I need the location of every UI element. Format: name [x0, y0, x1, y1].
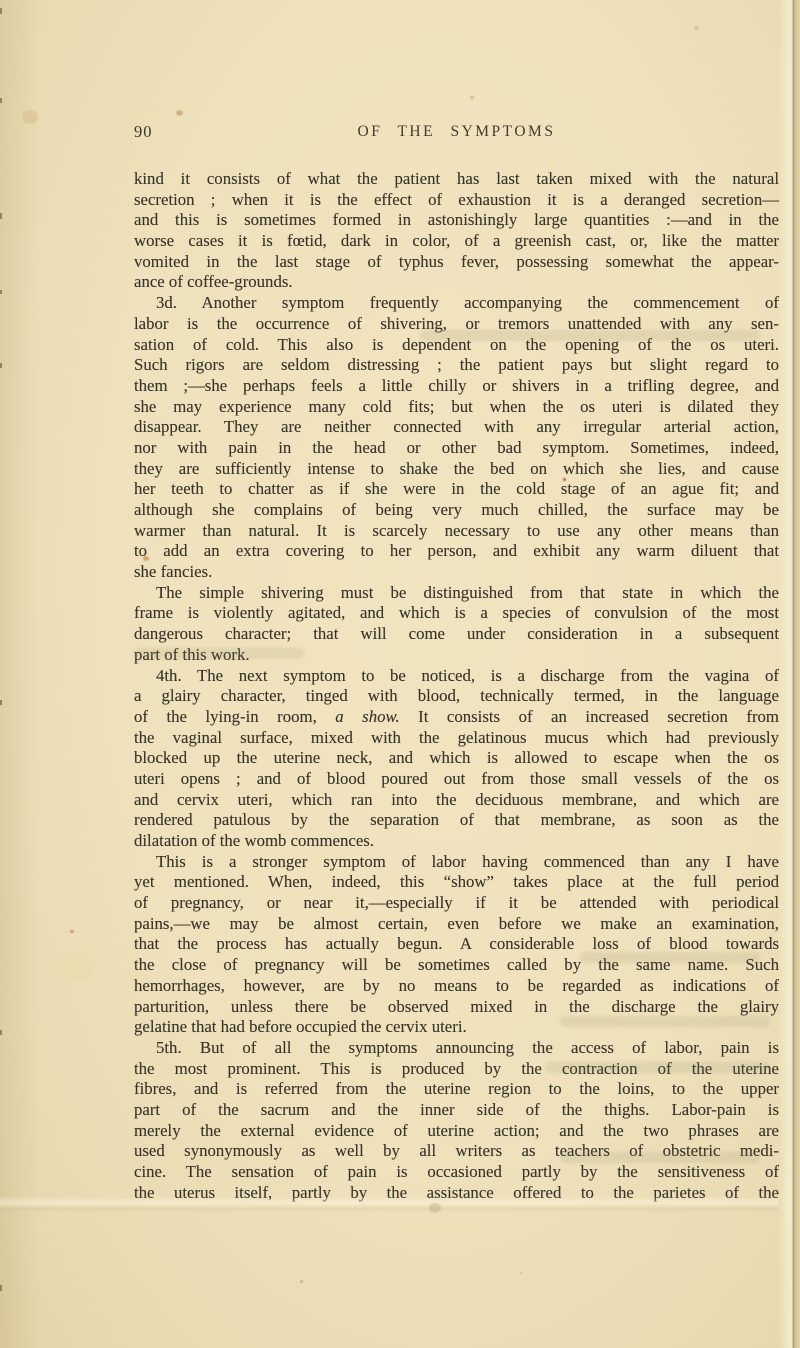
text-segment: that the process has actually begun. A c…: [134, 934, 779, 953]
text-line: disappear. They are neither connected wi…: [134, 417, 779, 438]
text-line: pains,—we may be almost certain, even be…: [134, 914, 779, 935]
text-segment: ance of coffee-grounds.: [134, 272, 293, 291]
text-segment: hemorrhages, however, are by no means to…: [134, 976, 779, 995]
text-line: although she complains of being very muc…: [134, 500, 779, 521]
text-segment: This is a stronger symptom of labor havi…: [156, 852, 779, 871]
text-segment: The simple shivering must be distinguish…: [156, 583, 779, 602]
text-line: them ;—she perhaps feels a little chilly…: [134, 376, 779, 397]
text-segment: worse cases it is fœtid, dark in color, …: [134, 231, 779, 250]
foxing-spot: [60, 950, 96, 981]
text-segment: and this is sometimes formed in astonish…: [134, 210, 779, 229]
text-line: hemorrhages, however, are by no means to…: [134, 976, 779, 997]
text-line: of pregnancy, or near it,—especially if …: [134, 893, 779, 914]
text-line: they are sufficiently intense to shake t…: [134, 459, 779, 480]
text-line: parturition, unless there be observed mi…: [134, 997, 779, 1018]
text-line: her teeth to chatter as if she were in t…: [134, 479, 779, 500]
paragraph: kind it consists of what the patient has…: [134, 169, 779, 293]
text-segment: them ;—she perhaps feels a little chilly…: [134, 376, 779, 395]
text-line: 5th. But of all the symptoms announcing …: [134, 1038, 779, 1059]
scan-edge-speck: [0, 8, 2, 14]
text-segment: and cervix uteri, which ran into the dec…: [134, 790, 779, 809]
foxing-spot: [22, 110, 38, 124]
text-line: she fancies.: [134, 562, 779, 583]
text-segment: of the lying-in room,: [134, 707, 335, 726]
text-segment: she fancies.: [134, 562, 212, 581]
page-edge-shadow: [778, 0, 800, 1348]
text-line: cine. The sensation of pain is occasione…: [134, 1162, 779, 1183]
text-line: dilatation of the womb commences.: [134, 831, 779, 852]
text-line: Such rigors are seldom distressing ; the…: [134, 355, 779, 376]
show-through-text: [134, 648, 304, 659]
text-segment: secretion ; when it is the effect of exh…: [134, 190, 779, 209]
scan-edge-speck: [0, 1030, 2, 1035]
foxing-spot: [694, 26, 699, 30]
text-segment: they are sufficiently intense to shake t…: [134, 459, 779, 478]
text-line: dangerous character; that will come unde…: [134, 624, 779, 645]
text-line: vomited in the last stage of typhus feve…: [134, 252, 779, 273]
paragraph: 4th. The next symptom to be noticed, is …: [134, 666, 779, 852]
show-through-text: [545, 1062, 770, 1073]
text-line: secretion ; when it is the effect of exh…: [134, 190, 779, 211]
text-line: part of the sacrum and the inner side of…: [134, 1100, 779, 1121]
foxing-spot: [563, 478, 566, 481]
text-segment: yet mentioned. When, indeed, this “show”…: [134, 872, 779, 891]
text-segment: part of the sacrum and the inner side of…: [134, 1100, 779, 1119]
text-line: the vaginal surface, mixed with the gela…: [134, 728, 779, 749]
page-header: 90 OF THE SYMPTOMS: [134, 122, 779, 146]
show-through-text: [560, 1152, 760, 1163]
text-line: blocked up the uterine neck, and which i…: [134, 748, 779, 769]
text-segment: vomited in the last stage of typhus feve…: [134, 252, 779, 271]
text-segment: Such rigors are seldom distressing ; the…: [134, 355, 779, 374]
text-line: nor with pain in the head or other bad s…: [134, 438, 779, 459]
text-segment: dilatation of the womb commences.: [134, 831, 374, 850]
text-line: and this is sometimes formed in astonish…: [134, 210, 779, 231]
text-line: fibres, and is referred from the uterine…: [134, 1079, 779, 1100]
text-segment: to add an extra covering to her person, …: [134, 541, 779, 560]
text-line: The simple shivering must be distinguish…: [134, 583, 779, 604]
text-line: rendered patulous by the separation of t…: [134, 810, 779, 831]
text-segment: although she complains of being very muc…: [134, 500, 779, 519]
text-line: ance of coffee-grounds.: [134, 272, 779, 293]
text-line: she may experience many cold fits; but w…: [134, 397, 779, 418]
text-line: 4th. The next symptom to be noticed, is …: [134, 666, 779, 687]
body-text: kind it consists of what the patient has…: [134, 169, 779, 1203]
text-segment: the vaginal surface, mixed with the gela…: [134, 728, 779, 747]
foxing-spot: [176, 110, 183, 116]
text-segment: gelatine that had before occupied the ce…: [134, 1017, 467, 1036]
text-line: kind it consists of what the patient has…: [134, 169, 779, 190]
text-segment: blocked up the uterine neck, and which i…: [134, 748, 779, 767]
page-scan: 90 OF THE SYMPTOMS kind it consists of w…: [0, 0, 800, 1348]
text-line: merely the external evidence of uterine …: [134, 1121, 779, 1142]
foxing-spot: [300, 1280, 303, 1283]
text-segment: a glairy character, tinged with blood, t…: [134, 686, 779, 705]
running-header: OF THE SYMPTOMS: [134, 123, 779, 141]
foxing-spot: [520, 1272, 522, 1274]
foxing-spot: [70, 930, 74, 933]
text-line: 3d. Another symptom frequently accompany…: [134, 293, 779, 314]
scan-edge-speck: [0, 213, 2, 219]
foxing-spot: [470, 96, 474, 99]
text-segment: uteri opens ; and of blood poured out fr…: [134, 769, 779, 788]
text-line: of the lying-in room, a show. It consist…: [134, 707, 779, 728]
text-line: This is a stronger symptom of labor havi…: [134, 852, 779, 873]
paper-crease: [0, 1196, 778, 1212]
text-segment: of pregnancy, or near it,—especially if …: [134, 893, 779, 912]
text-line: a glairy character, tinged with blood, t…: [134, 686, 779, 707]
text-line: worse cases it is fœtid, dark in color, …: [134, 231, 779, 252]
show-through-text: [560, 1016, 770, 1027]
text-line: uteri opens ; and of blood poured out fr…: [134, 769, 779, 790]
text-line: and cervix uteri, which ran into the dec…: [134, 790, 779, 811]
text-segment: It consists of an increased secretion fr…: [400, 707, 779, 726]
text-segment: cine. The sensation of pain is occasione…: [134, 1162, 779, 1181]
text-segment: disappear. They are neither connected wi…: [134, 417, 779, 436]
text-segment: 4th. The next symptom to be noticed, is …: [156, 666, 779, 685]
scan-edge-speck: [0, 290, 2, 294]
show-through-text: [580, 952, 760, 963]
text-line: to add an extra covering to her person, …: [134, 541, 779, 562]
scan-edge-speck: [0, 1285, 2, 1291]
paragraph: This is a stronger symptom of labor havi…: [134, 852, 779, 1038]
text-segment: 3d. Another symptom frequently accompany…: [156, 293, 779, 312]
text-segment: her teeth to chatter as if she were in t…: [134, 479, 779, 498]
text-segment: warmer than natural. It is scarcely nece…: [134, 521, 779, 540]
text-line: warmer than natural. It is scarcely nece…: [134, 521, 779, 542]
scan-edge-speck: [0, 98, 2, 103]
text-segment: frame is violently agitated, and which i…: [134, 603, 779, 622]
text-segment: fibres, and is referred from the uterine…: [134, 1079, 779, 1098]
text-segment: pains,—we may be almost certain, even be…: [134, 914, 779, 933]
text-segment: she may experience many cold fits; but w…: [134, 397, 779, 416]
text-segment: dangerous character; that will come unde…: [134, 624, 779, 643]
text-segment: 5th. But of all the symptoms announcing …: [156, 1038, 779, 1057]
text-segment: parturition, unless there be observed mi…: [134, 997, 779, 1016]
scan-edge-speck: [0, 700, 2, 705]
text-segment: rendered patulous by the separation of t…: [134, 810, 779, 829]
italic-text: a show.: [335, 707, 399, 726]
text-line: frame is violently agitated, and which i…: [134, 603, 779, 624]
text-segment: nor with pain in the head or other bad s…: [134, 438, 779, 457]
show-through-text: [420, 330, 760, 341]
text-line: yet mentioned. When, indeed, this “show”…: [134, 872, 779, 893]
text-segment: kind it consists of what the patient has…: [134, 169, 779, 188]
scan-edge-speck: [0, 363, 2, 368]
text-segment: merely the external evidence of uterine …: [134, 1121, 779, 1140]
